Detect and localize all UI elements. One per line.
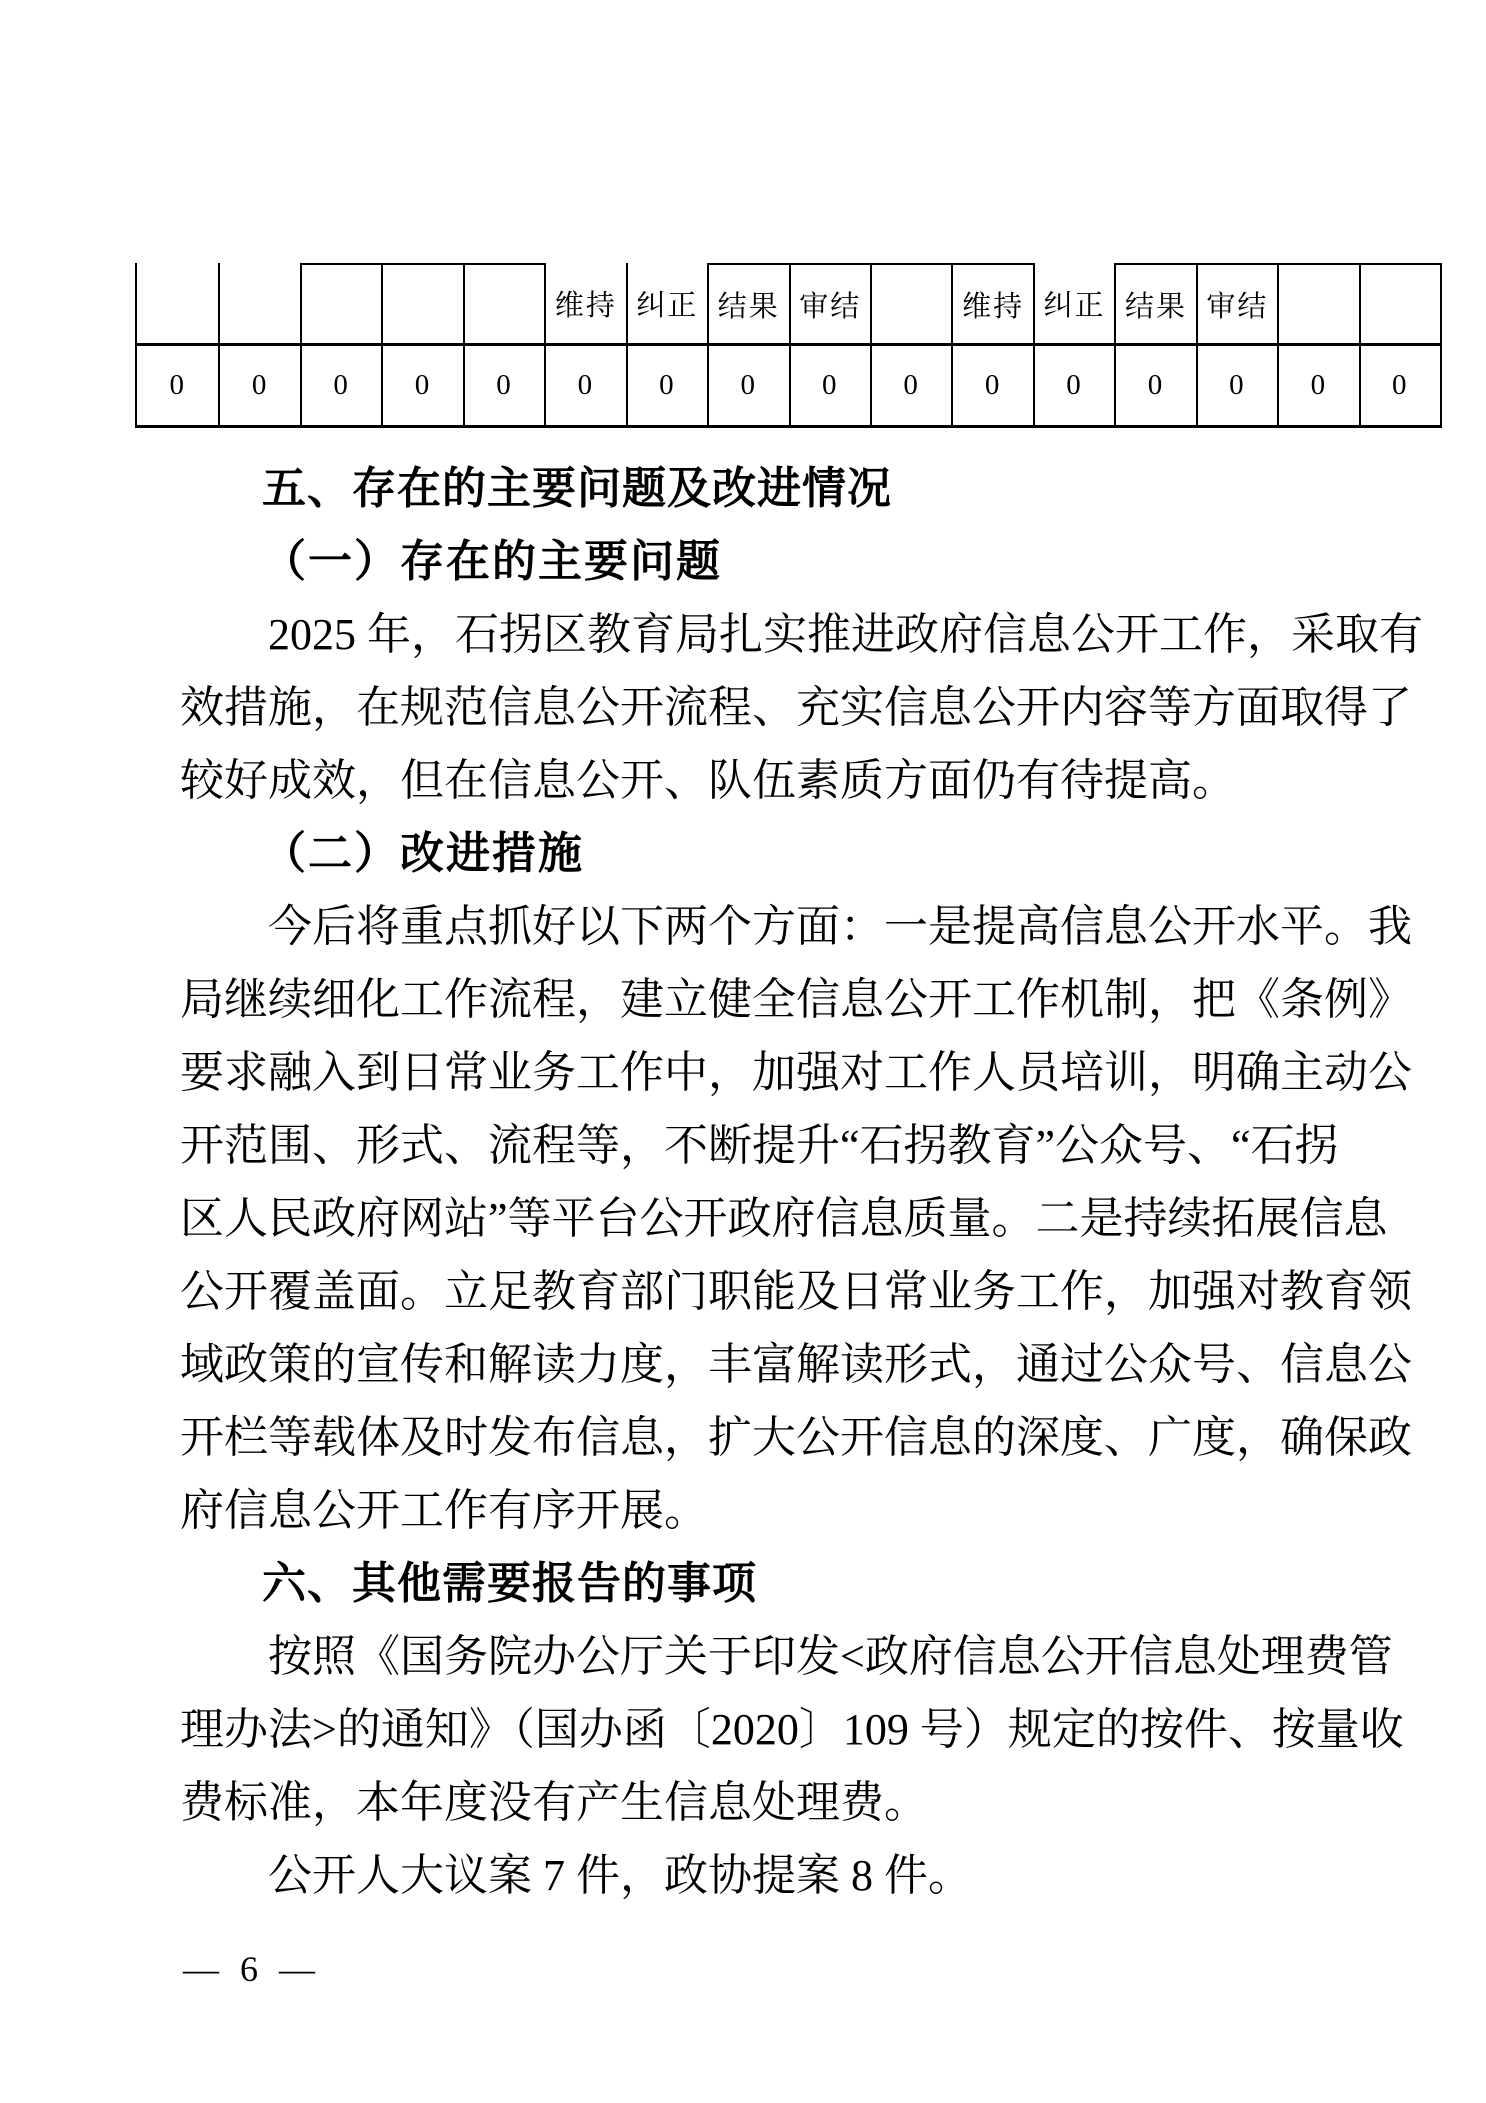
table-header-row: 维持 纠正 结果 审结 维持 纠正 结果 审结	[137, 263, 1440, 343]
table-value-cell: 0	[218, 343, 299, 425]
document-body: 五、存在的主要问题及改进情况 （一）存在的主要问题 2025 年，石拐区教育局扎…	[180, 452, 1420, 1912]
subsection-heading-2: （二）改进措施	[180, 817, 1420, 890]
document-page: 维持 纠正 结果 审结 维持 纠正 结果 审结	[0, 0, 1486, 2103]
table-value-cell: 0	[1033, 343, 1114, 425]
table-value-cell: 0	[951, 343, 1032, 425]
table-value-cell: 0	[137, 343, 218, 425]
body-line: 域政策的宣传和解读力度，丰富解读形式，通过公众号、信息公	[180, 1328, 1420, 1401]
body-line: 府信息公开工作有序开展。	[180, 1474, 1420, 1547]
table-header-cell: 审结	[789, 263, 870, 343]
table-header-cell	[463, 263, 544, 343]
page-number: — 6 —	[183, 1948, 321, 1990]
table-value-row: 0 0 0 0 0 0 0 0 0 0 0 0	[137, 343, 1440, 425]
table-value-cell: 0	[544, 343, 625, 425]
table-header-cell	[300, 263, 381, 343]
table-value-cell: 0	[1114, 343, 1195, 425]
body-line: 今后将重点抓好以下两个方面：一是提高信息公开水平。我	[180, 890, 1420, 963]
table-value-cell: 0	[1359, 343, 1440, 425]
body-line: 理办法>的通知》（国办函〔2020〕109 号）规定的按件、按量收	[180, 1693, 1420, 1766]
table-value-cell: 0	[870, 343, 951, 425]
body-line: 2025 年，石拐区教育局扎实推进政府信息公开工作，采取有	[180, 598, 1420, 671]
table-header-cell	[1277, 263, 1358, 343]
continuation-table: 维持 纠正 结果 审结 维持 纠正 结果 审结	[135, 263, 1442, 428]
table-header-cell: 审结	[1196, 263, 1277, 343]
table-header-cell	[1359, 263, 1440, 343]
table-header-cell	[137, 263, 218, 343]
section-heading-5: 五、存在的主要问题及改进情况	[180, 452, 1420, 525]
paragraph-3: 按照《国务院办公厅关于印发<政府信息公开信息处理费管 理办法>的通知》（国办函〔…	[180, 1620, 1420, 1839]
table-value-cell: 0	[707, 343, 788, 425]
table-header-cell	[218, 263, 299, 343]
body-line: 要求融入到日常业务工作中，加强对工作人员培训，明确主动公	[180, 1036, 1420, 1109]
body-line: 开范围、形式、流程等，不断提升“石拐教育”公众号、“石拐	[180, 1109, 1420, 1182]
table-header-cell: 维持	[544, 263, 625, 343]
body-line: 较好成效，但在信息公开、队伍素质方面仍有待提高。	[180, 744, 1420, 817]
body-line: 区人民政府网站”等平台公开政府信息质量。二是持续拓展信息	[180, 1182, 1420, 1255]
body-line: 局继续细化工作流程，建立健全信息公开工作机制，把《条例》	[180, 963, 1420, 1036]
table-value-cell: 0	[789, 343, 870, 425]
subsection-heading-1: （一）存在的主要问题	[180, 525, 1420, 598]
section-heading-6: 六、其他需要报告的事项	[180, 1547, 1420, 1620]
table-header-cell: 纠正	[626, 263, 707, 343]
table-header-cell: 结果	[1114, 263, 1195, 343]
body-line: 按照《国务院办公厅关于印发<政府信息公开信息处理费管	[180, 1620, 1420, 1693]
table-header-cell: 结果	[707, 263, 788, 343]
body-line: 公开覆盖面。立足教育部门职能及日常业务工作，加强对教育领	[180, 1255, 1420, 1328]
table-header-cell: 纠正	[1033, 263, 1114, 343]
paragraph-1: 2025 年，石拐区教育局扎实推进政府信息公开工作，采取有 效措施，在规范信息公…	[180, 598, 1420, 817]
table-value-cell: 0	[381, 343, 462, 425]
table-value-cell: 0	[463, 343, 544, 425]
table-header-cell	[870, 263, 951, 343]
table-value-cell: 0	[626, 343, 707, 425]
table-value-cell: 0	[1277, 343, 1358, 425]
body-line: 公开人大议案 7 件，政协提案 8 件。	[180, 1839, 1420, 1912]
body-line: 开栏等载体及时发布信息，扩大公开信息的深度、广度，确保政	[180, 1401, 1420, 1474]
table-header-cell: 维持	[951, 263, 1032, 343]
paragraph-2: 今后将重点抓好以下两个方面：一是提高信息公开水平。我 局继续细化工作流程，建立健…	[180, 890, 1420, 1547]
paragraph-4: 公开人大议案 7 件，政协提案 8 件。	[180, 1839, 1420, 1912]
body-line: 费标准，本年度没有产生信息处理费。	[180, 1766, 1420, 1839]
table-value-cell: 0	[1196, 343, 1277, 425]
table-header-cell	[381, 263, 462, 343]
body-line: 效措施，在规范信息公开流程、充实信息公开内容等方面取得了	[180, 671, 1420, 744]
table-value-cell: 0	[300, 343, 381, 425]
